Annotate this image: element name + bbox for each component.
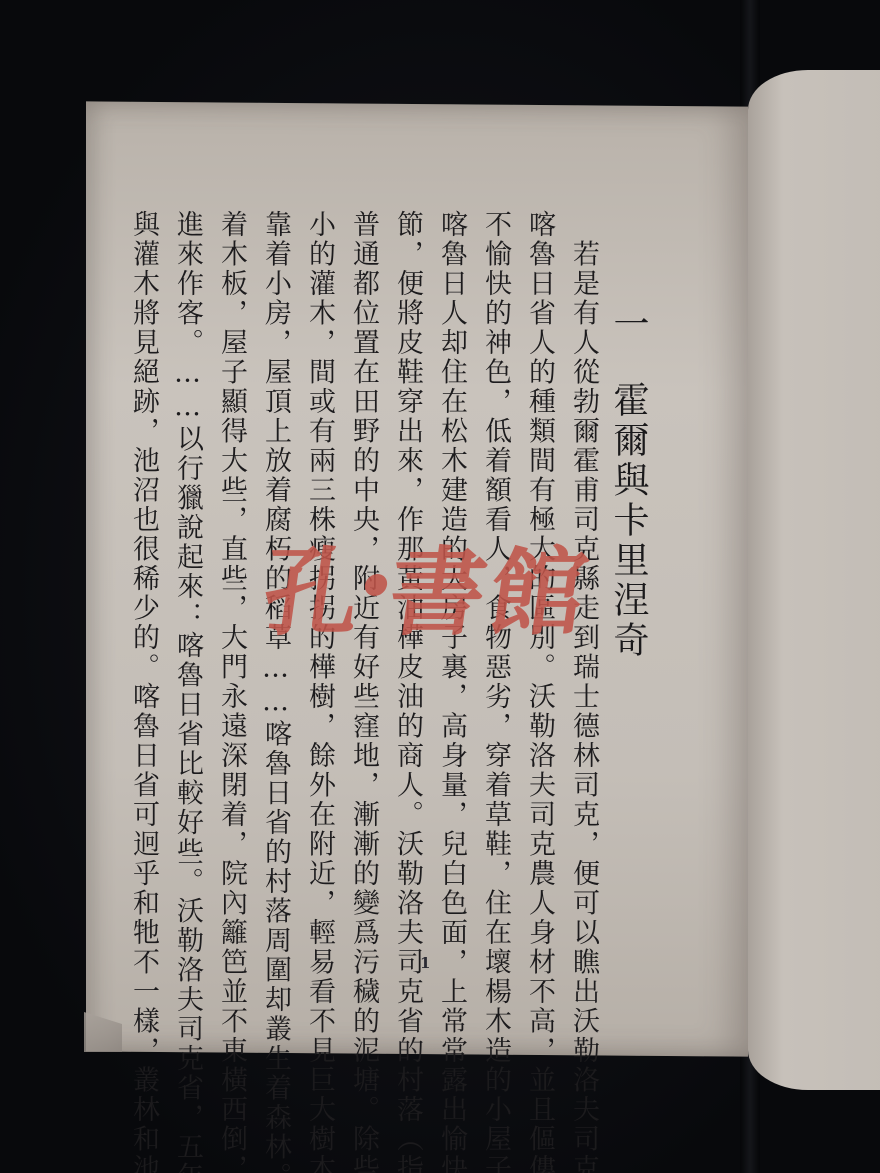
text-column-11: 與灌木將見絕跡，池沼也很稀少的。喀魯日省可迥乎和牠不一樣，叢林和池沼遍地皆是，正 xyxy=(121,210,165,910)
text-column-6: 普通都位置在田野的中央，附近有好些窪地，漸漸的變爲污穢的泥塘。除些欣欣迎人的矮 xyxy=(341,210,385,910)
text-column-7: 小的灌木，間或有兩三株瘦拐拐的樺樹，餘外在附近，輕易看不見巨大樹木的踪影。小房緊 xyxy=(297,210,341,910)
text-column-3: 不愉快的神色，低着額看人，食物惡劣，穿着草鞋，住在壞楊木造的小屋子裏，也不經營商… xyxy=(473,210,517,910)
body-text: 若是有人從勃爾霍甫司克縣走到瑞士德林司克，便可以瞧出沃勒洛夫司克省人和 喀魯日省… xyxy=(165,210,605,910)
text-column-2: 喀魯日省人的種類間有極大的區別。沃勒洛夫司克農人身材不高，並且傴僂，面上時含着 xyxy=(517,210,561,910)
text-column-10: 進來作客。……以行獵說起來：喀魯日省比較好些。沃勒洛夫司克省，五年以後，最後的樹… xyxy=(165,210,209,910)
chapter-number: 一 xyxy=(608,305,648,345)
chapter-title: 霍爾與卡里涅奇 xyxy=(608,381,649,661)
text-column-5: 節，便將皮鞋穿出來，作那黃油樺皮油的商人。沃勒洛夫司克省的村落（指沃省東部而言） xyxy=(385,210,429,910)
text-column-9: 着木板，屋子顯得大些，直些，大門永遠深閉着，院內籬笆並不東橫西倒，不會招引過路的… xyxy=(209,210,253,910)
chapter-heading: 一霍爾與卡里涅奇 xyxy=(608,305,648,661)
page-number: 1 xyxy=(420,954,430,972)
text-column-8: 靠着小房，屋頂上放着腐朽的稻草……喀魯日省的村落周圍却叢生着森林。屋頂一律覆 xyxy=(253,210,297,910)
text-column-4: 喀魯日人却住在松木建造的大房子裏，高身量，兒白色面，上常常露出愉快的笑容；每逢過 xyxy=(429,210,473,910)
facing-page-edge xyxy=(748,70,880,1090)
text-column-1: 若是有人從勃爾霍甫司克縣走到瑞士德林司克，便可以瞧出沃勒洛夫司克省人和 xyxy=(561,210,605,910)
